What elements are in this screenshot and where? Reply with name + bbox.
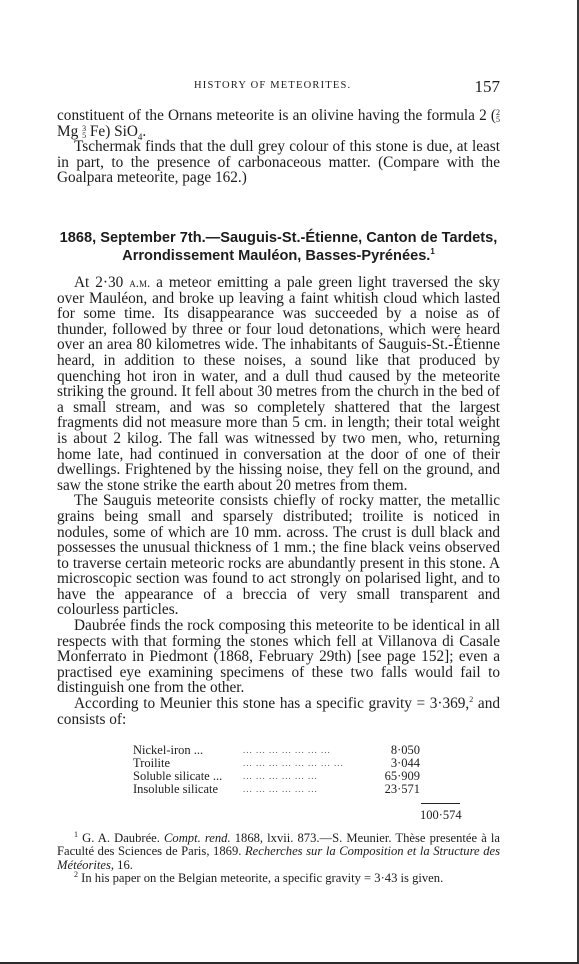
continuation-text: constituent of the Ornans meteorite is a…	[57, 108, 500, 186]
composition-total: 100·574	[420, 808, 462, 823]
footnotes: 1 G. A. Daubrée. Compt. rend. 1868, lxvi…	[57, 832, 500, 886]
paragraph-meunier: According to Meunier this stone has a sp…	[57, 696, 500, 727]
page-number: 157	[475, 77, 501, 97]
table-row: Nickel-iron ... ... ... ... ... ... ... …	[133, 744, 420, 757]
leader-dots: ... ... ... ... ... ... ...	[243, 744, 377, 757]
am-label: a.m.	[129, 275, 150, 290]
continuation-paragraph: constituent of the Ornans meteorite is a…	[57, 108, 500, 139]
leader-dots: ... ... ... ... ... ... ... ...	[243, 757, 377, 770]
composition-table: Nickel-iron ... ... ... ... ... ... ... …	[133, 744, 420, 796]
leader-dots: ... ... ... ... ... ...	[243, 770, 377, 783]
heading-line-2: Arrondissement Mauléon, Basses-Pyrénées.…	[57, 247, 500, 265]
total-rule	[421, 803, 460, 804]
leader-dots: ... ... ... ... ... ...	[243, 783, 377, 796]
table-row: Insoluble silicate ... ... ... ... ... .…	[133, 783, 420, 796]
continuation-line: constituent of the Ornans meteorite is a…	[57, 107, 422, 124]
section-heading: 1868, September 7th.—Sauguis-St.-Étienne…	[57, 229, 500, 265]
formula-end: .	[142, 123, 146, 140]
footnote-2: 2 In his paper on the Belgian meteorite,…	[57, 872, 500, 885]
row-label: Insoluble silicate	[133, 783, 243, 796]
heading-line-1: 1868, September 7th.—Sauguis-St.-Étienne…	[57, 229, 500, 247]
formula-text: formula 2 (	[427, 107, 496, 124]
footnote-ref-1: 1	[430, 247, 434, 256]
formula-mg: Mg	[57, 123, 82, 140]
footnote-1: 1 G. A. Daubrée. Compt. rend. 1868, lxvi…	[57, 832, 500, 872]
main-body: At 2·30 a.m. a meteor emitting a pale gr…	[57, 275, 500, 727]
formula-fe: Fe) SiO	[86, 123, 138, 140]
fraction-two-fifths: 25	[496, 109, 500, 123]
paragraph-fall-description: At 2·30 a.m. a meteor emitting a pale gr…	[57, 275, 500, 493]
running-head: HISTORY OF METEORITES. 157	[57, 77, 500, 97]
paragraph-daubree: Daubrée finds the rock composing this me…	[57, 618, 500, 696]
tschermak-paragraph: Tschermak finds that the dull grey colou…	[57, 139, 500, 186]
row-value: 23·571	[377, 783, 420, 796]
paragraph-composition: The Sauguis meteorite consists chiefly o…	[57, 493, 500, 618]
running-head-title: HISTORY OF METEORITES.	[194, 80, 351, 91]
